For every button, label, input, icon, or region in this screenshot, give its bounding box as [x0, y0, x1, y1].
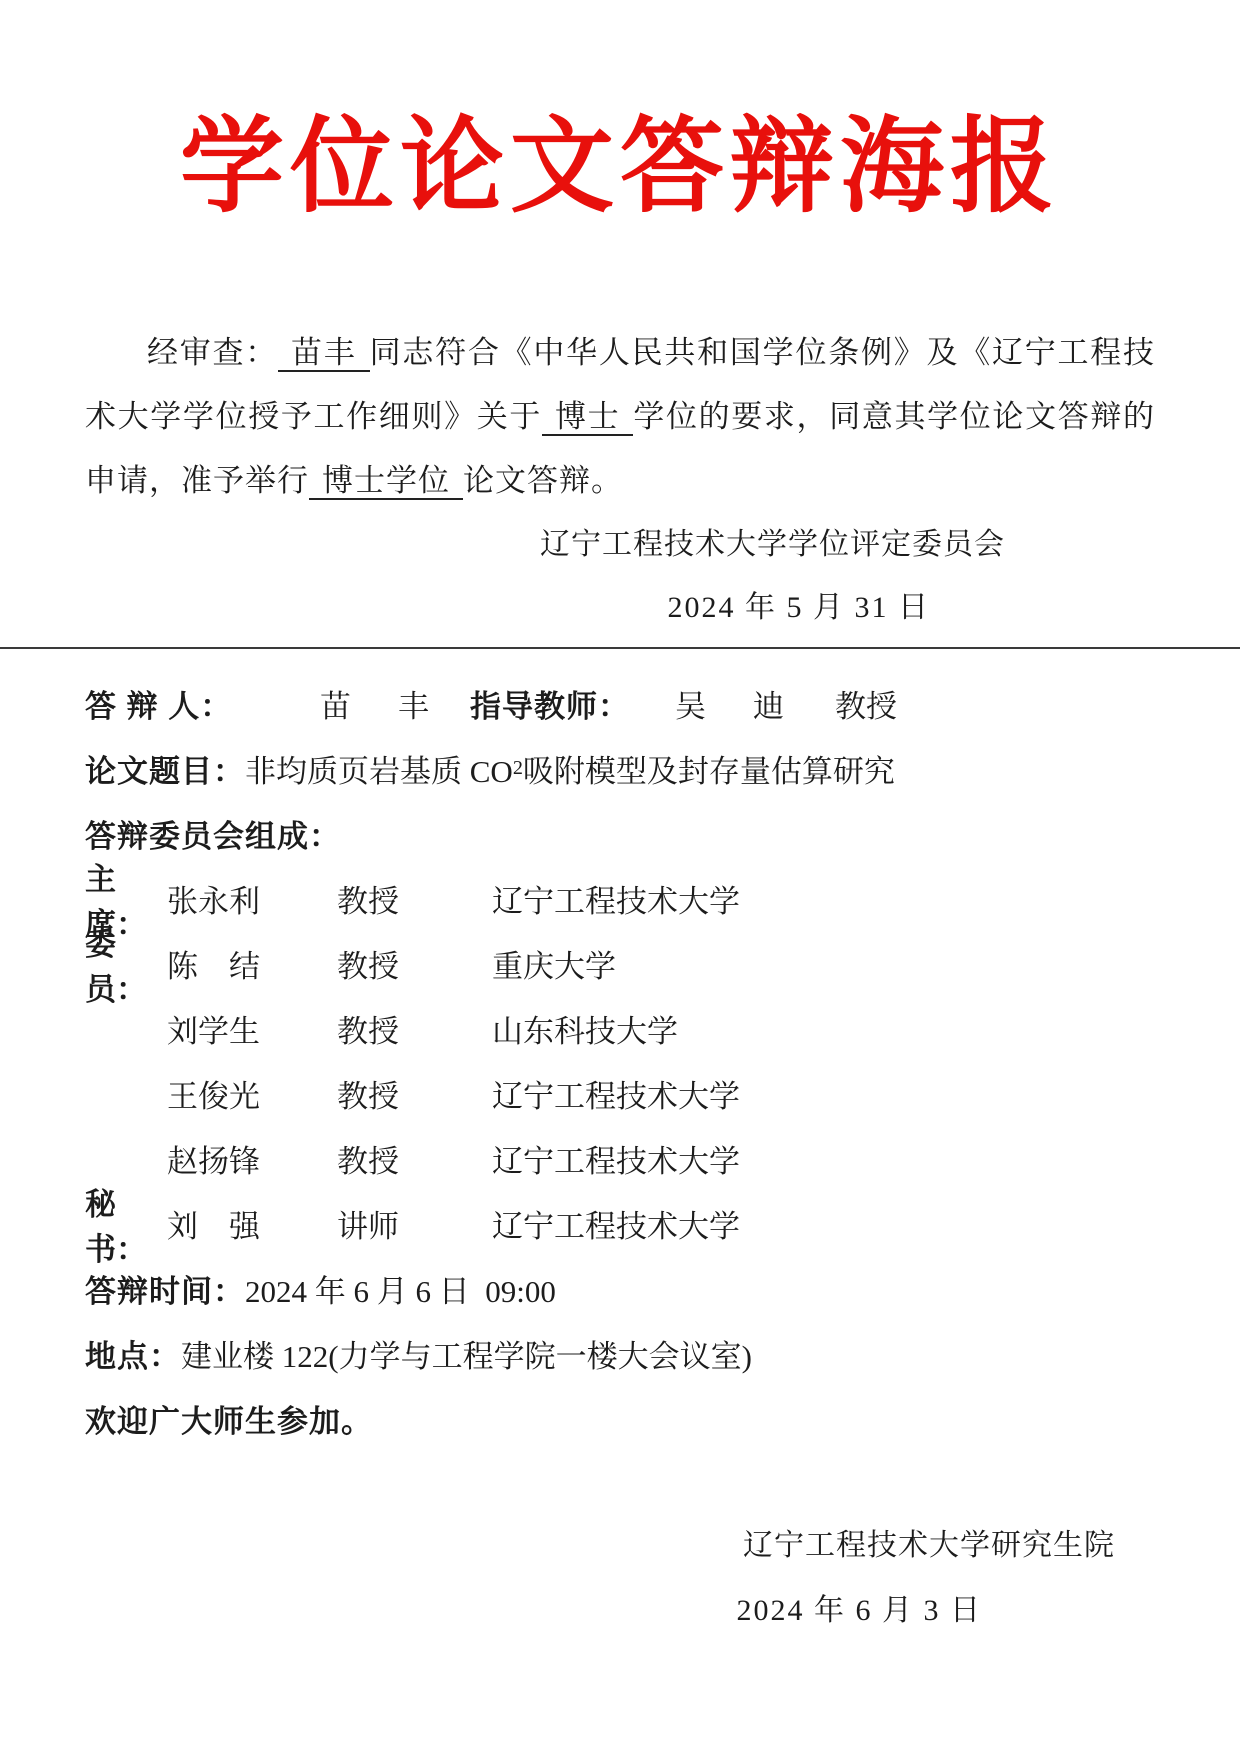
- defense-time-value: 2024 年 6 月 6 日 09:00: [245, 1266, 556, 1311]
- committee-role-label: 秘书：: [85, 1179, 167, 1269]
- thesis-title-post: 吸附模型及封存量估算研究: [523, 746, 895, 791]
- committee-member-org: 辽宁工程技术大学: [492, 1071, 1155, 1116]
- committee-member-org: 重庆大学: [492, 941, 1155, 986]
- committee-member-name: 刘学生: [167, 1006, 337, 1051]
- footer-signature: 辽宁工程技术大学研究生院: [0, 1513, 1240, 1578]
- defense-time-row: 答辩时间： 2024 年 6 月 6 日 09:00: [85, 1256, 1155, 1321]
- defense-time-label: 答辩时间：: [85, 1266, 245, 1311]
- poster-page: 学位论文答辩海报 经审查：苗丰同志符合《中华人民共和国学位条例》及《辽宁工程技术…: [0, 0, 1240, 1754]
- committee-member-name: 张永利: [167, 876, 337, 921]
- poster-title: 学位论文答辩海报: [0, 0, 1240, 235]
- committee-member-org: 辽宁工程技术大学: [492, 1201, 1155, 1246]
- section-divider: [0, 647, 1240, 649]
- degree-blank: 博士: [542, 399, 633, 436]
- approval-end: 论文答辩。: [463, 463, 623, 498]
- committee-member-org: 辽宁工程技术大学: [492, 876, 1155, 921]
- committee-row-member: 赵扬锋 教授 辽宁工程技术大学: [85, 1126, 1155, 1191]
- degree-full-blank: 博士学位: [309, 463, 463, 500]
- footer-date: 2024 年 6 月 3 日: [0, 1578, 1240, 1643]
- thesis-title-subscript: 2: [513, 757, 523, 780]
- supervisor-label: 指导教师：: [470, 681, 635, 726]
- venue-row: 地点： 建业楼 122(力学与工程学院一楼大会议室): [85, 1321, 1155, 1386]
- thesis-title-label: 论文题目：: [85, 746, 245, 791]
- supervisor-name: 吴 迪: [675, 681, 800, 726]
- defender-name: 苗 丰: [320, 681, 470, 726]
- defender-row: 答 辩 人： 苗 丰 指导教师： 吴 迪 教授: [85, 671, 1155, 736]
- committee-signature-date: 2024 年 5 月 31 日: [85, 576, 1155, 639]
- committee-row-member: 刘学生 教授 山东科技大学: [85, 996, 1155, 1061]
- committee-role-label: 委员：: [85, 919, 167, 1009]
- committee-member-name: 王俊光: [167, 1071, 337, 1116]
- committee-member-name: 赵扬锋: [167, 1136, 337, 1181]
- venue-label: 地点：: [85, 1331, 181, 1376]
- committee-member-org: 辽宁工程技术大学: [492, 1136, 1155, 1181]
- approval-paragraph: 经审查：苗丰同志符合《中华人民共和国学位条例》及《辽宁工程技术大学学位授予工作细…: [85, 321, 1155, 513]
- committee-row-chair: 主席： 张永利 教授 辽宁工程技术大学: [85, 866, 1155, 931]
- committee-member-title: 讲师: [337, 1201, 492, 1246]
- supervisor-title: 教授: [835, 681, 897, 726]
- defender-label: 答 辩 人：: [85, 681, 285, 726]
- committee-row-member: 委员： 陈 结 教授 重庆大学: [85, 931, 1155, 996]
- committee-member-name: 刘 强: [167, 1201, 337, 1246]
- welcome-text: 欢迎广大师生参加。: [85, 1396, 373, 1441]
- committee-heading: 答辩委员会组成：: [85, 801, 1155, 866]
- committee-heading-label: 答辩委员会组成：: [85, 811, 341, 856]
- committee-member-title: 教授: [337, 1071, 492, 1116]
- committee-member-org: 山东科技大学: [492, 1006, 1155, 1051]
- approval-pre: 经审查：: [147, 335, 278, 370]
- committee-signature: 辽宁工程技术大学学位评定委员会: [85, 513, 1155, 576]
- thesis-title-row: 论文题目： 非均质页岩基质 CO2吸附模型及封存量估算研究: [85, 736, 1155, 801]
- committee-member-name: 陈 结: [167, 941, 337, 986]
- thesis-title-pre: 非均质页岩基质 CO: [245, 746, 513, 791]
- welcome-line: 欢迎广大师生参加。: [85, 1386, 1155, 1451]
- committee-row-secretary: 秘书： 刘 强 讲师 辽宁工程技术大学: [85, 1191, 1155, 1256]
- venue-value: 建业楼 122(力学与工程学院一楼大会议室): [181, 1331, 752, 1376]
- committee-member-title: 教授: [337, 876, 492, 921]
- committee-row-member: 王俊光 教授 辽宁工程技术大学: [85, 1061, 1155, 1126]
- candidate-name-blank: 苗丰: [278, 335, 370, 372]
- committee-member-title: 教授: [337, 941, 492, 986]
- committee-member-title: 教授: [337, 1136, 492, 1181]
- committee-member-title: 教授: [337, 1006, 492, 1051]
